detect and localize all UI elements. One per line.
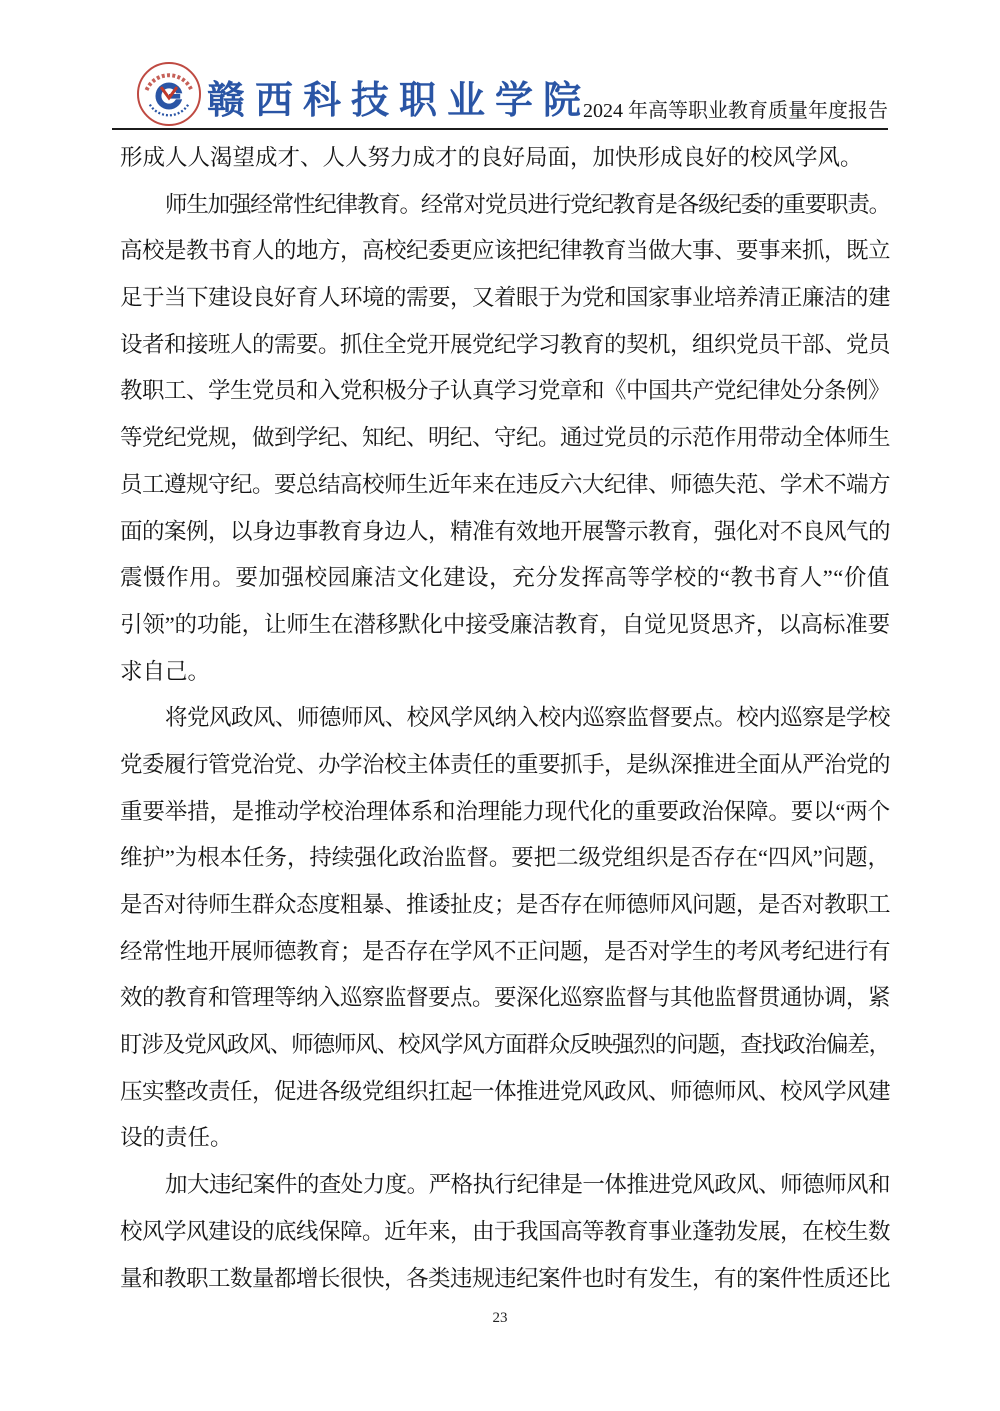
text-line: 等党纪党规，做到学纪、知纪、明纪、守纪。通过党员的示范作用带动全体师生 bbox=[120, 415, 890, 462]
text-line: 经常性地开展师德教育；是否存在学风不正问题，是否对学生的考风考纪进行有 bbox=[120, 929, 890, 976]
report-title: 2024 年高等职业教育质量年度报告 bbox=[583, 99, 888, 123]
text-line: 师生加强经常性纪律教育。经常对党员进行党纪教育是各级纪委的重要职责。 bbox=[120, 182, 890, 229]
text-line: 震慑作用。要加强校园廉洁文化建设，充分发挥高等学校的“教书育人”“价值 bbox=[120, 555, 890, 602]
text-line: 维护”为根本任务，持续强化政治监督。要把二级党组织是否存在“四风”问题， bbox=[120, 835, 890, 882]
text-line: 压实整改责任，促进各级党组织扛起一体推进党风政风、师德师风、校风学风建 bbox=[120, 1069, 890, 1116]
page-number: 23 bbox=[493, 1310, 508, 1326]
document-page: 赣西科技职业学院 2024 年高等职业教育质量年度报告 形成人人渴望成才、人人努… bbox=[0, 0, 1000, 1411]
text-line: 设的责任。 bbox=[120, 1115, 890, 1162]
page-footer: 23 bbox=[0, 1309, 1000, 1327]
text-line: 引领”的功能，让师生在潜移默化中接受廉洁教育，自觉见贤思齐，以高标准要 bbox=[120, 602, 890, 649]
text-line: 形成人人渴望成才、人人努力成才的良好局面，加快形成良好的校风学风。 bbox=[120, 135, 890, 182]
school-name: 赣西科技职业学院 bbox=[207, 79, 591, 123]
text-line: 盯涉及党风政风、师德师风、校风学风方面群众反映强烈的问题，查找政治偏差， bbox=[120, 1022, 890, 1069]
document-body: 形成人人渴望成才、人人努力成才的良好局面，加快形成良好的校风学风。师生加强经常性… bbox=[120, 135, 890, 1302]
text-line: 是否对待师生群众态度粗暴、推诿扯皮；是否存在师德师风问题，是否对教职工 bbox=[120, 882, 890, 929]
text-line: 足于当下建设良好育人环境的需要，又着眼于为党和国家事业培养清正廉洁的建 bbox=[120, 275, 890, 322]
text-line: 求自己。 bbox=[120, 649, 890, 696]
text-line: 设者和接班人的需要。抓住全党开展党纪学习教育的契机，组织党员干部、党员 bbox=[120, 322, 890, 369]
text-line: 教职工、学生党员和入党积极分子认真学习党章和《中国共产党纪律处分条例》 bbox=[120, 368, 890, 415]
text-line: 高校是教书育人的地方，高校纪委更应该把纪律教育当做大事、要事来抓，既立 bbox=[120, 228, 890, 275]
text-line: 校风学风建设的底线保障。近年来，由于我国高等教育事业蓬勃发展，在校生数 bbox=[120, 1209, 890, 1256]
text-line: 量和教职工数量都增长很快，各类违规违纪案件也时有发生，有的案件性质还比 bbox=[120, 1256, 890, 1303]
text-line: 员工遵规守纪。要总结高校师生近年来在违反六大纪律、师德失范、学术不端方 bbox=[120, 462, 890, 509]
header-rule bbox=[112, 128, 888, 130]
text-line: 效的教育和管理等纳入巡察监督要点。要深化巡察监督与其他监督贯通协调，紧 bbox=[120, 975, 890, 1022]
text-line: 面的案例，以身边事教育身边人，精准有效地开展警示教育，强化对不良风气的 bbox=[120, 509, 890, 556]
text-line: 将党风政风、师德师风、校风学风纳入校内巡察监督要点。校内巡察是学校 bbox=[120, 695, 890, 742]
text-line: 党委履行管党治党、办学治校主体责任的重要抓手，是纵深推进全面从严治党的 bbox=[120, 742, 890, 789]
text-line: 加大违纪案件的查处力度。严格执行纪律是一体推进党风政风、师德师风和 bbox=[120, 1162, 890, 1209]
text-line: 重要举措，是推动学校治理体系和治理能力现代化的重要政治保障。要以“两个 bbox=[120, 789, 890, 836]
school-logo-icon bbox=[136, 61, 202, 127]
